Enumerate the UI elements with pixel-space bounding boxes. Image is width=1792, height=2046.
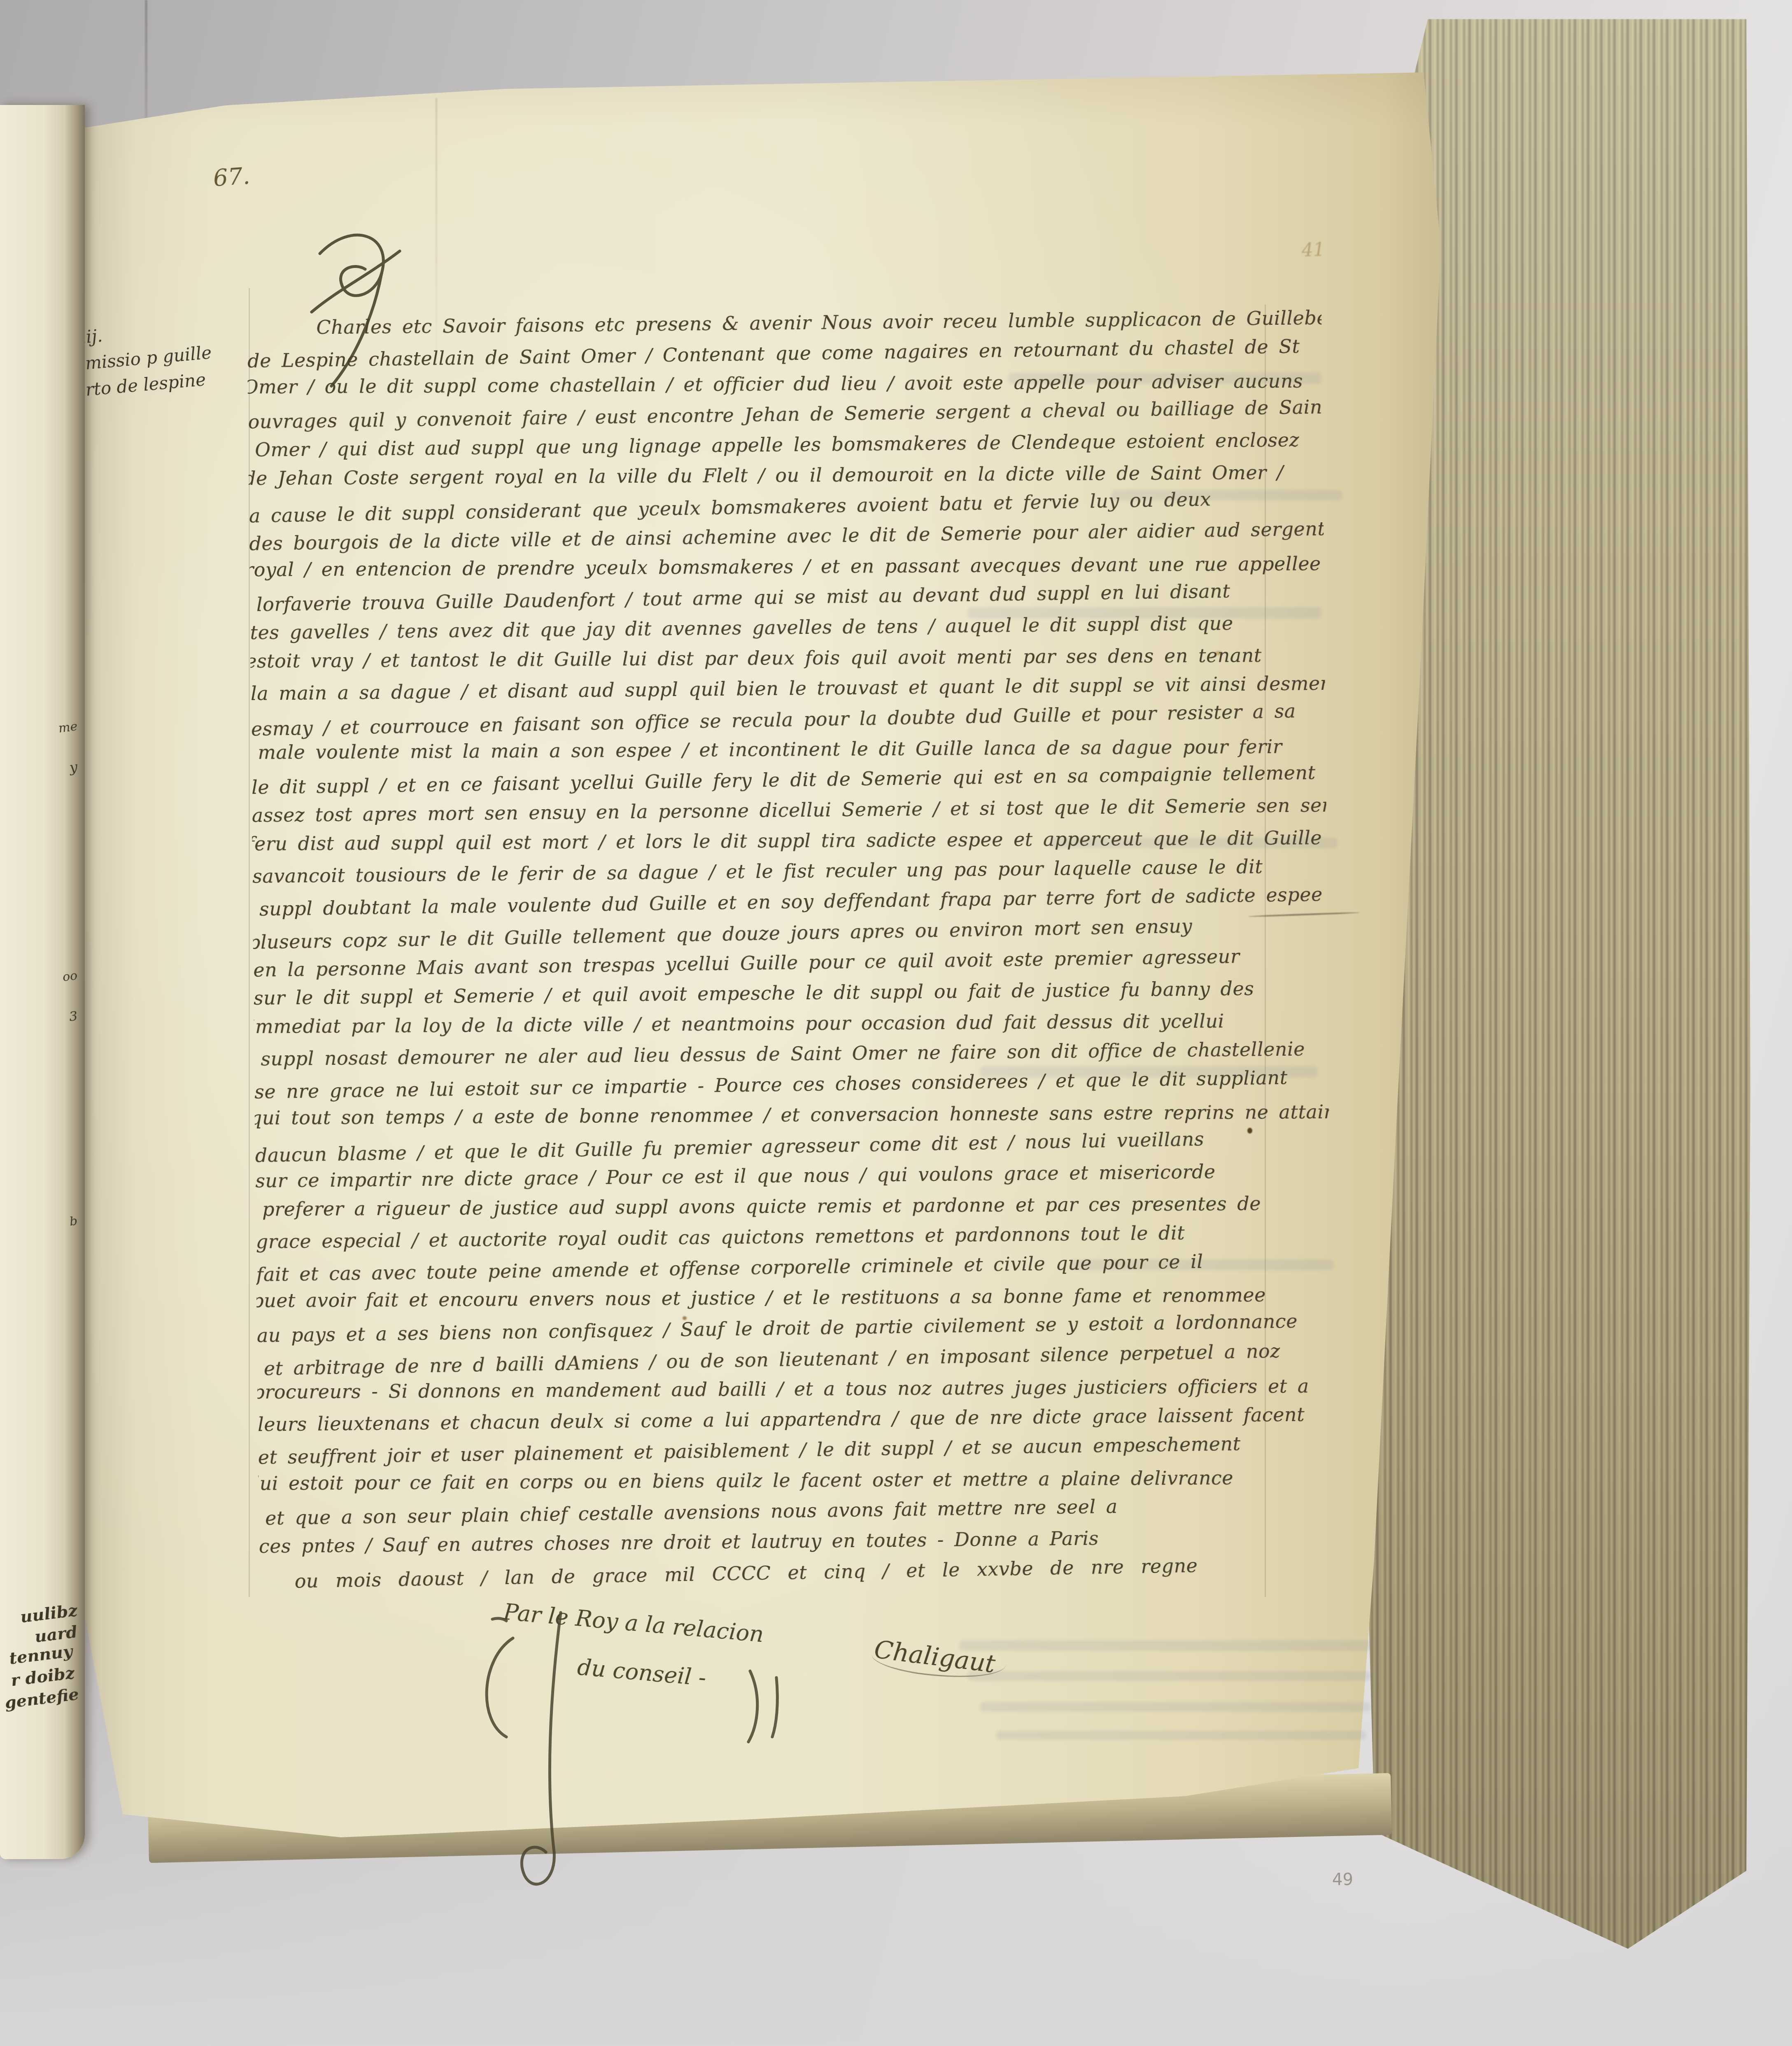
- cutoff-text-fragment: 3: [68, 1008, 78, 1024]
- letter-body-text: Charles etc Savoir faisons etc presens &…: [247, 303, 1334, 1622]
- ink-bleedthrough: [967, 1671, 1371, 1681]
- manuscript-text-line: preferer a rigueur de justice aud suppl …: [262, 1188, 1330, 1224]
- manuscript-text-line: feru dist aud suppl quil est mort / et l…: [247, 822, 1326, 859]
- manuscript-text-line: immediat par la loy de la dicte ville / …: [249, 1005, 1328, 1042]
- cutoff-text-fragment: me: [58, 719, 78, 736]
- previous-page-curl: meyoo3buulibzuardtennuyr doibzgentefie: [0, 105, 85, 1859]
- folio-number-pencil: 49: [1332, 1870, 1353, 1889]
- cutoff-text-fragment: y: [68, 759, 78, 776]
- manuscript-text-line: estoit vray / et tantost le dit Guille l…: [247, 640, 1325, 676]
- ink-bleedthrough: [996, 1731, 1367, 1740]
- entry-number-ink: 67.: [212, 163, 251, 192]
- margin-rubric: xliiij.Remissio p guilleberto de lespine: [59, 310, 259, 405]
- photograph-of-open-manuscript-book: meyoo3buulibzuardtennuyr doibzgentefie 6…: [0, 0, 1792, 2046]
- cutoff-text-fragment: oo: [62, 968, 78, 985]
- manuscript-text-line: procureurs - Si donnons en mandement aud…: [252, 1371, 1332, 1407]
- folio-number-faint: 41: [1301, 239, 1325, 261]
- background-edge-line: [145, 0, 147, 123]
- cutoff-text-fragment: b: [69, 1214, 78, 1229]
- ink-bleedthrough: [959, 1640, 1371, 1651]
- ink-bleedthrough: [980, 1702, 1371, 1712]
